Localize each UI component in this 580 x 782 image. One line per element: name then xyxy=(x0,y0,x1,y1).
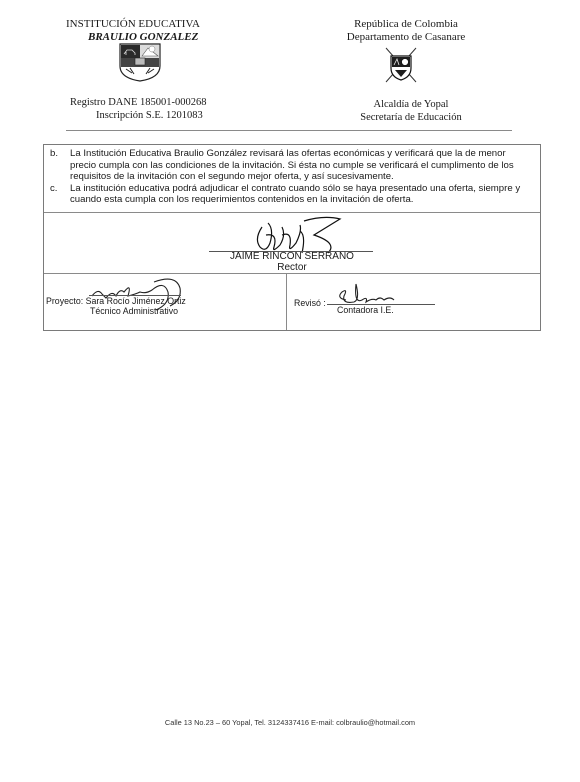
item-marker: b. xyxy=(50,148,70,183)
inscripcion-se: Inscripción S.E. 1201083 xyxy=(70,109,207,122)
municipality-info: Alcaldía de Yopal Secretaría de Educació… xyxy=(356,98,466,124)
alcaldia-name: Alcaldía de Yopal xyxy=(356,98,466,111)
institution-type: INSTITUCIÓN EDUCATIVA xyxy=(58,18,208,31)
item-text: La institución educativa podrá adjudicar… xyxy=(70,183,534,206)
reviso-cell: Revisó : Contadora I.E. xyxy=(287,274,540,330)
reviso-role: Contadora I.E. xyxy=(337,305,394,316)
registro-dane: Registro DANE 185001-000268 xyxy=(70,96,207,109)
department-name: Departamento de Casanare xyxy=(336,31,476,44)
item-text: La Institución Educativa Braulio Gonzále… xyxy=(70,148,534,183)
secretaria-name: Secretaría de Educación xyxy=(356,111,466,124)
list-item: b. La Institución Educativa Braulio Gonz… xyxy=(50,148,534,183)
item-marker: c. xyxy=(50,183,70,206)
list-item: c. La institución educativa podrá adjudi… xyxy=(50,183,534,206)
government-header: República de Colombia Departamento de Ca… xyxy=(336,18,476,44)
municipal-crest-icon xyxy=(383,46,419,84)
institution-header: INSTITUCIÓN EDUCATIVA BRAULIO GONZALEZ xyxy=(58,18,208,44)
header-divider xyxy=(66,130,512,131)
proyecto-cell: Proyecto: Sara Rocío Jiménez Ortiz Técni… xyxy=(44,274,287,330)
country-name: República de Colombia xyxy=(336,18,476,31)
registration-info: Registro DANE 185001-000268 Inscripción … xyxy=(70,96,207,122)
footer-contact: Calle 13 No.23 – 60 Yopal, Tel. 31243374… xyxy=(0,718,580,727)
approval-row: Proyecto: Sara Rocío Jiménez Ortiz Técni… xyxy=(44,274,540,330)
school-crest-icon xyxy=(118,42,162,82)
rector-signature-block: JAIME RINCON SERRANO Rector xyxy=(44,213,540,274)
reviso-label: Revisó : xyxy=(294,298,326,309)
proyecto-role: Técnico Administrativo xyxy=(90,306,178,317)
conditions-list: b. La Institución Educativa Braulio Gonz… xyxy=(44,145,540,213)
conditions-table: b. La Institución Educativa Braulio Gonz… xyxy=(43,144,541,331)
